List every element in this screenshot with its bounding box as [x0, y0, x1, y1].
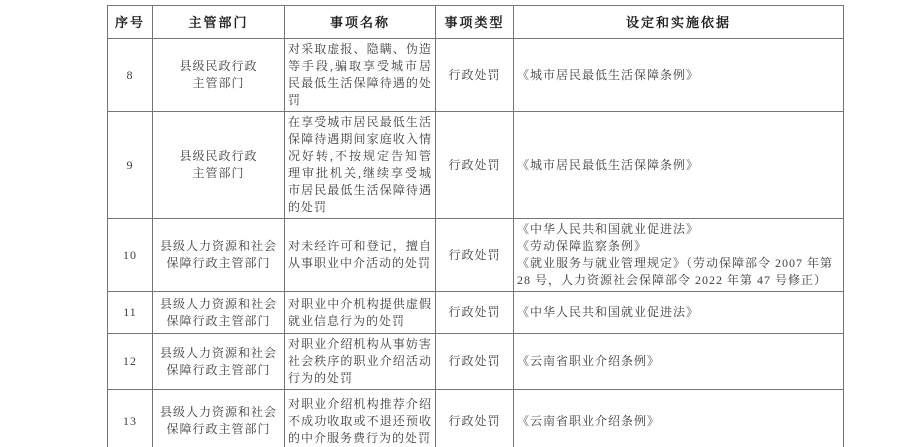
document-page: 序号 主管部门 事项名称 事项类型 设定和实施依据 8 县级民政行政 主管部门 … — [0, 0, 900, 447]
department-line: 县级人力资源和社会 — [156, 296, 281, 313]
department-line: 保障行政主管部门 — [156, 421, 281, 438]
cell-basis: 《云南省职业介绍条例》 — [514, 390, 844, 447]
col-header-no: 序号 — [108, 6, 153, 39]
cell-no: 13 — [108, 390, 153, 447]
cell-item-type: 行政处罚 — [436, 219, 514, 292]
department-line: 县级民政行政 — [156, 58, 281, 75]
cell-item-name: 对职业介绍机构从事妨害社会秩序的职业介绍活动行为的处罚 — [285, 334, 436, 390]
department-line: 县级人力资源和社会 — [156, 345, 281, 362]
cell-no: 12 — [108, 334, 153, 390]
cell-item-type: 行政处罚 — [436, 112, 514, 219]
department-line: 保障行政主管部门 — [156, 313, 281, 330]
department-line: 保障行政主管部门 — [156, 255, 281, 272]
basis-line: 《劳动保障监察条例》 — [517, 238, 840, 255]
department-line: 主管部门 — [156, 165, 281, 182]
table-row: 11 县级人力资源和社会 保障行政主管部门 对职业中介机构提供虚假就业信息行为的… — [108, 292, 844, 334]
table-row: 8 县级民政行政 主管部门 对采取虚报、隐瞒、伪造等手段,骗取享受城市居民最低生… — [108, 39, 844, 112]
cell-basis: 《城市居民最低生活保障条例》 — [514, 39, 844, 112]
cell-item-name: 在享受城市居民最低生活保障待遇期间家庭收入情况好转,不按规定告知管理审批机关,继… — [285, 112, 436, 219]
cell-item-name: 对采取虚报、隐瞒、伪造等手段,骗取享受城市居民最低生活保障待遇的处罚 — [285, 39, 436, 112]
cell-department: 县级人力资源和社会 保障行政主管部门 — [153, 390, 285, 447]
cell-item-type: 行政处罚 — [436, 334, 514, 390]
cell-basis: 《城市居民最低生活保障条例》 — [514, 112, 844, 219]
cell-department: 县级人力资源和社会 保障行政主管部门 — [153, 292, 285, 334]
cell-item-name: 对未经许可和登记，擅自从事职业中介活动的处罚 — [285, 219, 436, 292]
cell-no: 11 — [108, 292, 153, 334]
cell-department: 县级人力资源和社会 保障行政主管部门 — [153, 219, 285, 292]
cell-no: 10 — [108, 219, 153, 292]
table-row: 12 县级人力资源和社会 保障行政主管部门 对职业介绍机构从事妨害社会秩序的职业… — [108, 334, 844, 390]
cell-item-name: 对职业中介机构提供虚假就业信息行为的处罚 — [285, 292, 436, 334]
department-line: 保障行政主管部门 — [156, 362, 281, 379]
cell-item-type: 行政处罚 — [436, 390, 514, 447]
cell-department: 县级民政行政 主管部门 — [153, 112, 285, 219]
basis-line: 《城市居民最低生活保障条例》 — [517, 67, 840, 84]
basis-line: 《城市居民最低生活保障条例》 — [517, 157, 840, 174]
col-header-basis: 设定和实施依据 — [514, 6, 844, 39]
department-line: 主管部门 — [156, 75, 281, 92]
cell-basis: 《云南省职业介绍条例》 — [514, 334, 844, 390]
cell-item-name: 对职业介绍机构推荐介绍不成功收取或不退还预收的中介服务费行为的处罚 — [285, 390, 436, 447]
cell-item-type: 行政处罚 — [436, 39, 514, 112]
basis-line: 《云南省职业介绍条例》 — [517, 413, 840, 430]
col-header-item-name: 事项名称 — [285, 6, 436, 39]
table-row: 10 县级人力资源和社会 保障行政主管部门 对未经许可和登记，擅自从事职业中介活… — [108, 219, 844, 292]
cell-department: 县级民政行政 主管部门 — [153, 39, 285, 112]
cell-no: 8 — [108, 39, 153, 112]
col-header-department: 主管部门 — [153, 6, 285, 39]
table-row: 9 县级民政行政 主管部门 在享受城市居民最低生活保障待遇期间家庭收入情况好转,… — [108, 112, 844, 219]
department-line: 县级人力资源和社会 — [156, 404, 281, 421]
basis-line: 《就业服务与就业管理规定》（劳动保障部令 2007 年第 28 号，人力资源社会… — [517, 255, 840, 289]
cell-no: 9 — [108, 112, 153, 219]
basis-line: 《云南省职业介绍条例》 — [517, 353, 840, 370]
basis-line: 《中华人民共和国就业促进法》 — [517, 304, 840, 321]
col-header-item-type: 事项类型 — [436, 6, 514, 39]
cell-basis: 《中华人民共和国就业促进法》 《劳动保障监察条例》 《就业服务与就业管理规定》（… — [514, 219, 844, 292]
table-row: 13 县级人力资源和社会 保障行政主管部门 对职业介绍机构推荐介绍不成功收取或不… — [108, 390, 844, 447]
cell-basis: 《中华人民共和国就业促进法》 — [514, 292, 844, 334]
table-header-row: 序号 主管部门 事项名称 事项类型 设定和实施依据 — [108, 6, 844, 39]
basis-line: 《中华人民共和国就业促进法》 — [517, 221, 840, 238]
department-line: 县级民政行政 — [156, 148, 281, 165]
cell-item-type: 行政处罚 — [436, 292, 514, 334]
cell-department: 县级人力资源和社会 保障行政主管部门 — [153, 334, 285, 390]
department-line: 县级人力资源和社会 — [156, 238, 281, 255]
admin-items-table: 序号 主管部门 事项名称 事项类型 设定和实施依据 8 县级民政行政 主管部门 … — [107, 5, 844, 447]
